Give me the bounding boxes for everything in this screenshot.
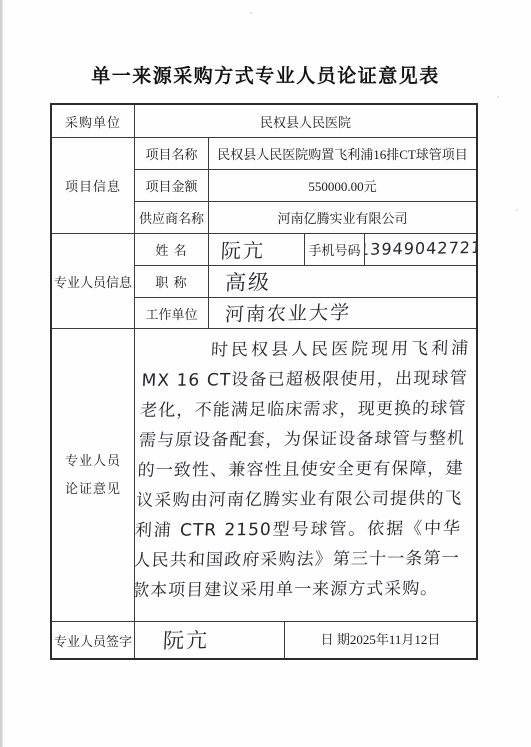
title-label: 职 称 (135, 266, 209, 298)
scanned-document-page: 单一来源采购方式专业人员论证意见表 采购单位 民权县人民医院 项目信息 项目名称… (0, 0, 531, 747)
name-value: 阮亢 (209, 234, 305, 266)
employer-label: 工作单位 (135, 298, 209, 329)
phone-handwriting: 13949042721 (365, 238, 476, 259)
title-value: 高级 (209, 266, 476, 298)
opinion-label-line2: 论证意见 (65, 475, 121, 503)
opinion-label: 专业人员 论证意见 (52, 329, 135, 622)
employer-handwriting: 河南农业大学 (224, 298, 352, 326)
scan-speck (250, 12, 252, 14)
opinion-handwriting: 时民权县人民医院现用飞利浦 MX 16 CT设备已超极限使用，出现球管老化，不能… (135, 329, 476, 606)
name-handwriting: 阮亢 (220, 234, 266, 264)
supplier-name-value: 河南亿腾实业有限公司 (209, 202, 476, 234)
signature-date: 日 期2025年11月12日 (285, 622, 476, 658)
scan-left-edge-shadow (0, 0, 3, 747)
project-name-value: 民权县人民医院购置飞利浦16排CT球管项目 (209, 138, 476, 170)
scan-speck (516, 209, 518, 211)
name-label: 姓 名 (135, 234, 209, 266)
phone-label: 手机号码 (305, 234, 365, 266)
phone-value: 13949042721 (365, 234, 476, 266)
purchasing-unit-value: 民权县人民医院 (135, 105, 476, 138)
professional-info-label: 专业人员信息 (52, 234, 135, 329)
document-title: 单一来源采购方式专业人员论证意见表 (0, 61, 531, 91)
signature-label: 专业人员签字 (52, 622, 135, 658)
opinion-value: 时民权县人民医院现用飞利浦 MX 16 CT设备已超极限使用，出现球管老化，不能… (135, 329, 476, 622)
scan-speck (497, 96, 499, 98)
opinion-form-table: 采购单位 民权县人民医院 项目信息 项目名称 民权县人民医院购置飞利浦16排CT… (50, 103, 478, 660)
signature-value: 阮亢 (135, 622, 285, 658)
signature-handwriting: 阮亢 (162, 624, 210, 655)
project-info-label: 项目信息 (52, 138, 135, 234)
title-handwriting: 高级 (224, 266, 272, 296)
opinion-label-line1: 专业人员 (65, 447, 121, 475)
purchasing-unit-label: 采购单位 (52, 105, 135, 138)
project-name-label: 项目名称 (135, 138, 209, 170)
project-amount-value: 550000.00元 (209, 170, 476, 202)
employer-value: 河南农业大学 (209, 298, 476, 329)
project-amount-label: 项目金额 (135, 170, 209, 202)
supplier-name-label: 供应商名称 (135, 202, 209, 234)
